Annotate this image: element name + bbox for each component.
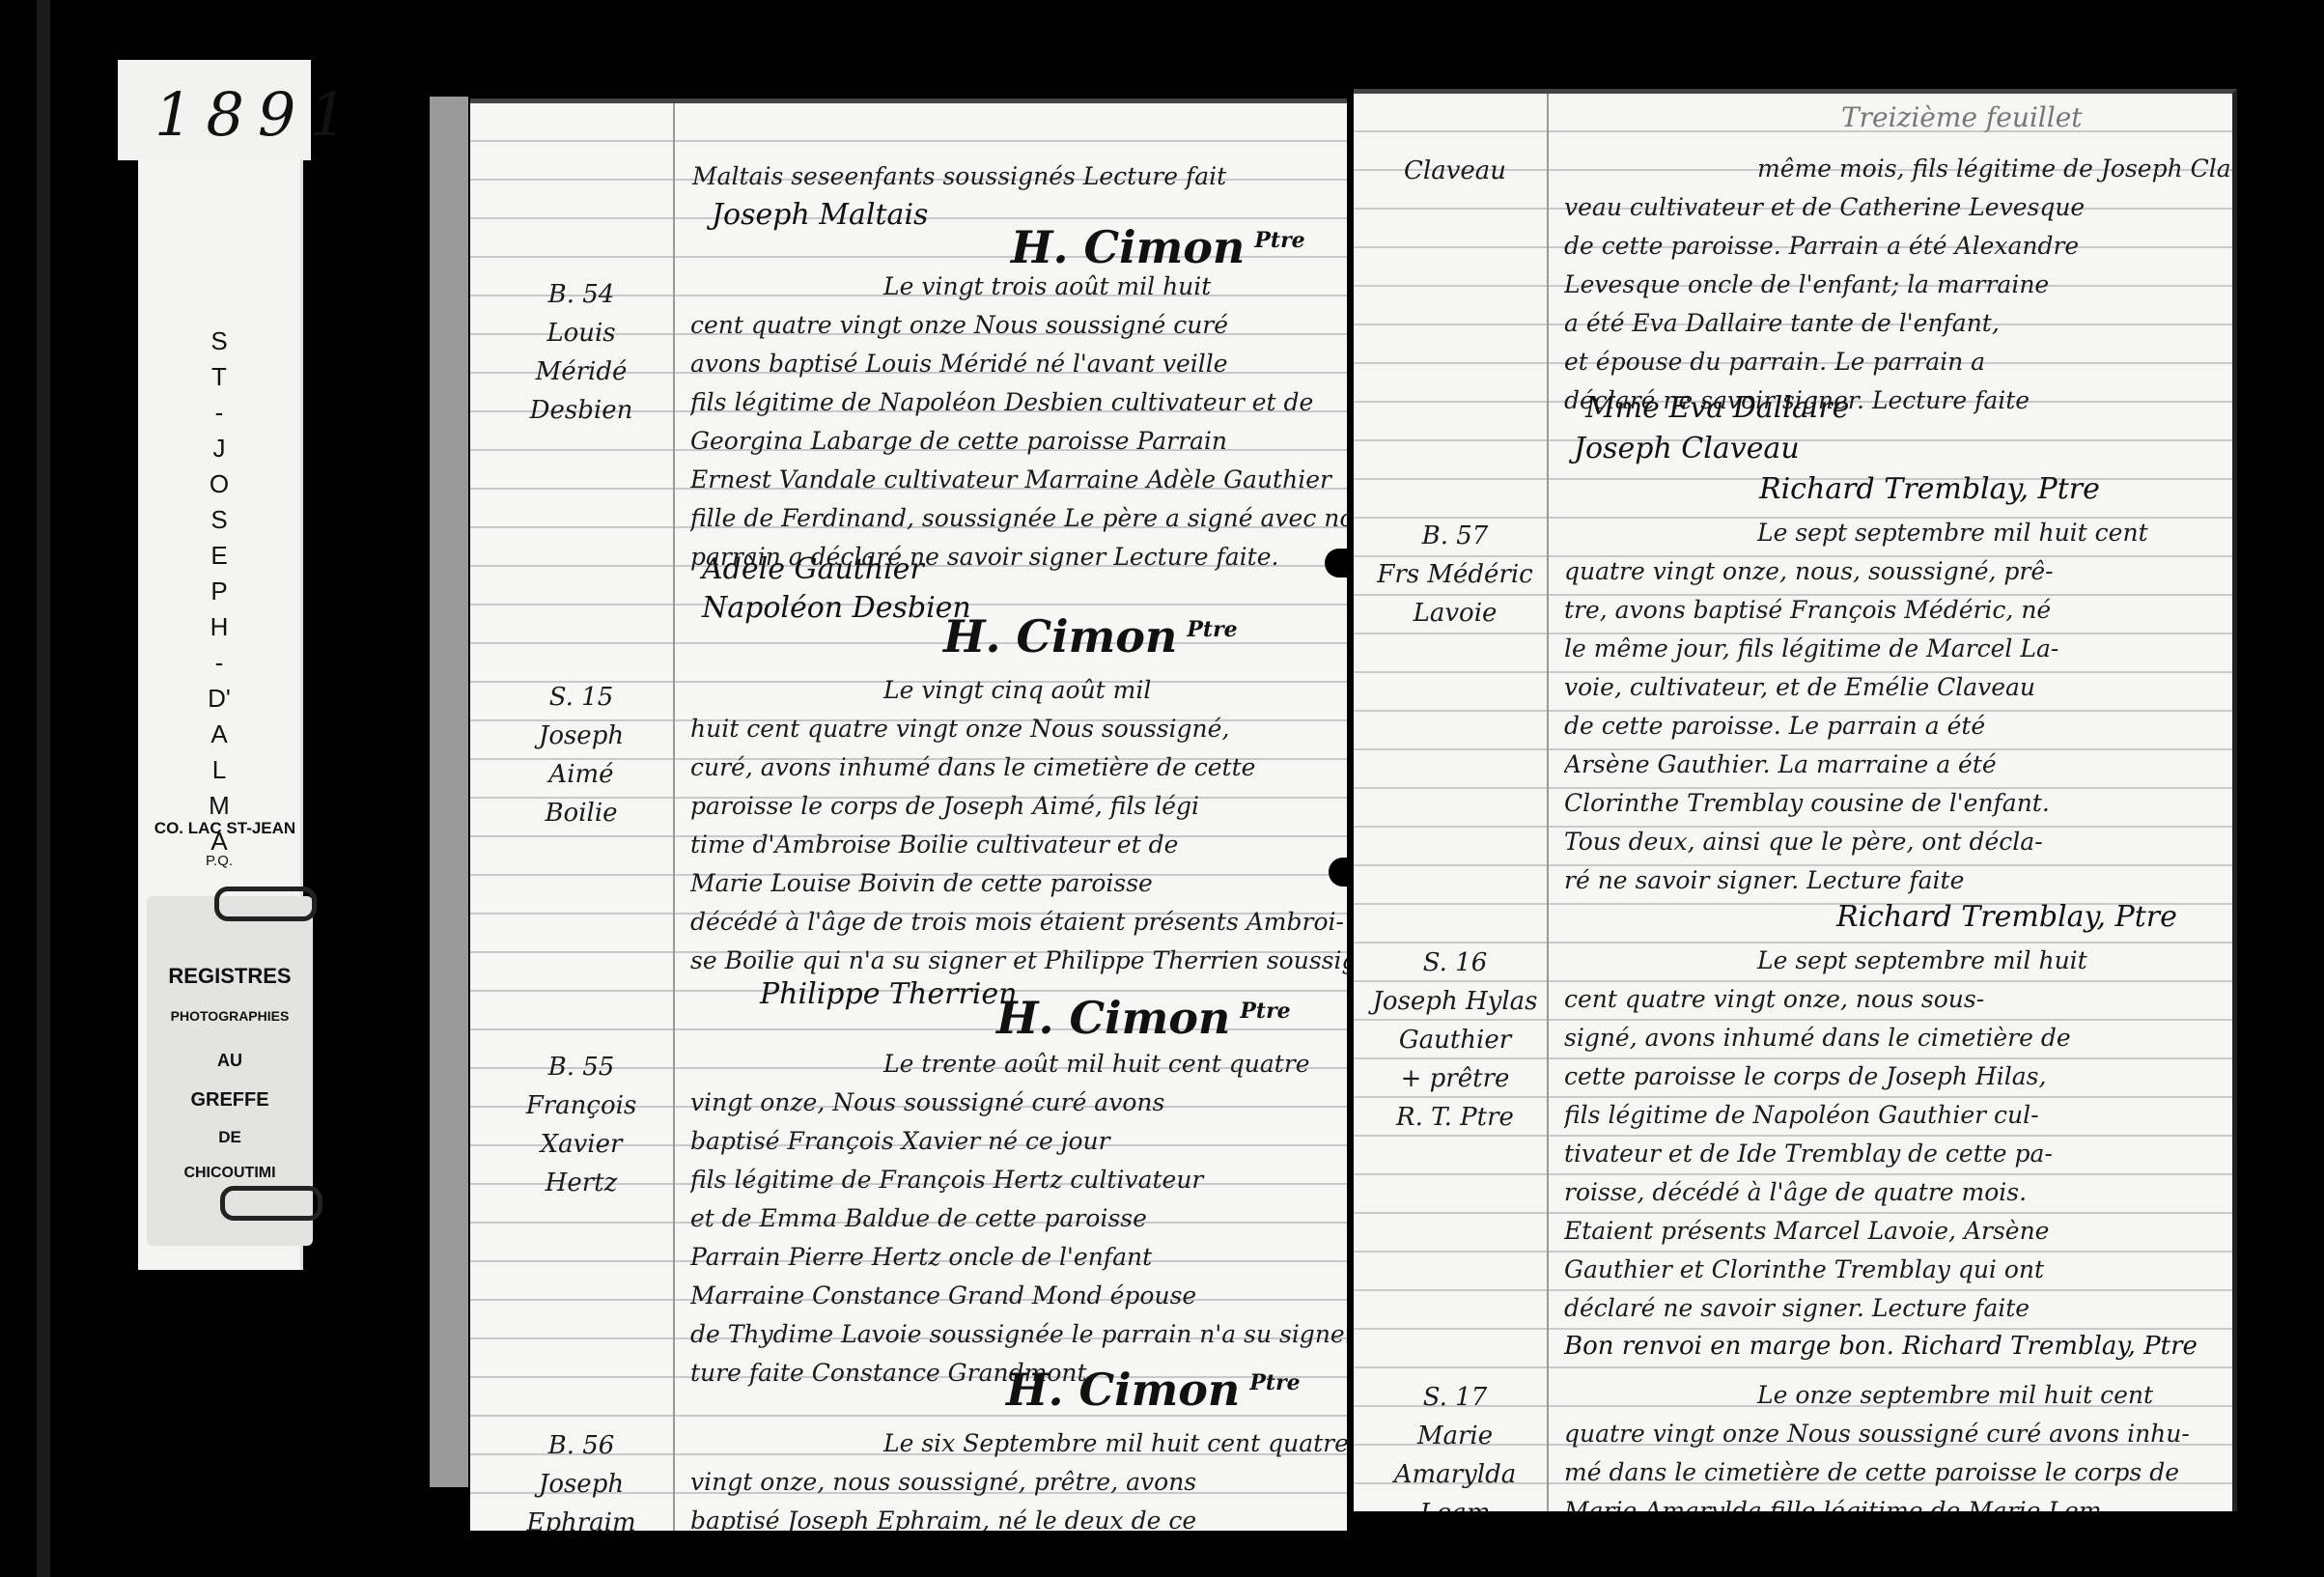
- film-edge: [37, 0, 50, 1577]
- margin-line-text: Gauthier: [1363, 1021, 1547, 1059]
- carryover-line: Maltais seseenfants soussignés Lecture f…: [692, 157, 1226, 196]
- parish-letter: S: [138, 324, 300, 359]
- parish-letter: -: [138, 645, 300, 681]
- text-line: et de Emma Baldue de cette paroisse: [690, 1199, 1349, 1238]
- text-line: signé, avons inhumé dans le cimetière de: [1564, 1019, 2087, 1057]
- card-line: GREFFE: [147, 1089, 313, 1112]
- signature: Napoléon Desbien: [702, 591, 971, 625]
- province-label: P.Q.: [138, 853, 300, 869]
- margin-line-text: B. 57: [1363, 517, 1547, 555]
- parish-letter: A: [138, 717, 300, 752]
- priest-signature: H. CimonPtre: [1006, 1364, 1301, 1416]
- margin-line-text: Frs Médéric: [1363, 555, 1547, 594]
- margin-line-text: Joseph: [509, 717, 654, 755]
- text-line: ré ne savoir signer. Lecture faite: [1564, 861, 2148, 900]
- margin-entry-b56: B. 56Joseph Ephraim: [490, 1426, 673, 1531]
- text-line: a été Eva Dallaire tante de l'enfant,: [1564, 304, 2237, 343]
- text-line: Clorinthe Tremblay cousine de l'enfant.: [1564, 784, 2148, 823]
- signature: Adèle Gauthier: [702, 552, 924, 586]
- margin-line-text: Aimé: [509, 755, 654, 794]
- priest-title: Ptre: [1254, 228, 1304, 253]
- text-line: mé dans le cimetière de cette paroisse l…: [1564, 1453, 2190, 1492]
- text-line: même mois, fils légitime de Joseph Cla-: [1564, 150, 2237, 188]
- entry-text-claveau: même mois, fils légitime de Joseph Cla-v…: [1564, 150, 2237, 420]
- text-line: roisse, décédé à l'âge de quatre mois.: [1564, 1173, 2087, 1212]
- text-line: Marie Amarylda fille légitime de Marie L…: [1564, 1492, 2190, 1511]
- text-line: fils légitime de François Hertz cultivat…: [690, 1161, 1349, 1199]
- margin-entry-s16: S. 16Joseph HylasGauthier+ prêtreR. T. P…: [1363, 943, 1547, 1137]
- text-line: se Boilie qui n'a su signer et Philippe …: [690, 942, 1349, 980]
- parish-letter: E: [138, 538, 300, 574]
- priest-name: H. Cimon: [996, 992, 1230, 1044]
- text-line: cent quatre vingt onze, nous sous-: [1564, 980, 2087, 1019]
- parish-letter: J: [138, 431, 300, 466]
- text-line: vingt onze, Nous soussigné curé avons: [690, 1084, 1349, 1122]
- priest-title: Ptre: [1187, 617, 1237, 642]
- margin-entry-s15: S. 15JosephAiméBoilie: [509, 678, 654, 832]
- right-page: Treizième feuillet Claveau même mois, fi…: [1354, 89, 2237, 1511]
- text-line: avons baptisé Louis Méridé né l'avant ve…: [690, 345, 1349, 383]
- text-line: fils légitime de Napoléon Gauthier cul-: [1564, 1096, 2087, 1135]
- margin-line-text: R. T. Ptre: [1363, 1098, 1547, 1137]
- paper-clip-icon: [220, 1186, 322, 1221]
- priest-signature: H. CimonPtre: [1011, 221, 1305, 273]
- priest-name: H. Cimon: [943, 610, 1177, 662]
- text-line: le même jour, fils légitime de Marcel La…: [1564, 630, 2148, 668]
- margin-rule: [673, 103, 675, 1531]
- margin-line-text: Desbien: [509, 391, 654, 430]
- entry-text-b57: Le sept septembre mil huit centquatre vi…: [1564, 514, 2148, 900]
- text-line: Le onze septembre mil huit cent: [1564, 1376, 2190, 1415]
- signature: Mme Eva Dallaire: [1585, 391, 1849, 425]
- text-line: déclaré ne savoir signer. Lecture faite: [1564, 1289, 2087, 1328]
- margin-line-text: Xavier: [509, 1125, 654, 1164]
- margin-line-text: Lavoie: [1363, 594, 1547, 633]
- text-line: Tous deux, ainsi que le père, ont décla-: [1564, 823, 2148, 861]
- card-line: REGISTRES: [147, 964, 313, 989]
- margin-line-text: Marie Amarylda: [1363, 1417, 1547, 1494]
- margin-line-text: Boilie: [509, 794, 654, 832]
- signature: Bon renvoi en marge bon. Richard Trembla…: [1564, 1332, 2198, 1361]
- text-line: baptisé François Xavier né ce jour: [690, 1122, 1349, 1161]
- text-line: Le vingt trois août mil huit: [690, 268, 1349, 306]
- text-line: fils légitime de Napoléon Desbien cultiv…: [690, 383, 1349, 422]
- card-line: CHICOUTIMI: [147, 1165, 313, 1182]
- margin-entry-b54: B. 54LouisMéridéDesbien: [509, 275, 654, 430]
- margin-line-text: François: [509, 1086, 654, 1125]
- text-line: Parrain Pierre Hertz oncle de l'enfant: [690, 1238, 1349, 1277]
- margin-line-text: Joseph Hylas: [1363, 982, 1547, 1021]
- text-line: vingt onze, nous soussigné, prêtre, avon…: [690, 1463, 1349, 1502]
- text-line: cent quatre vingt onze Nous soussigné cu…: [690, 306, 1349, 345]
- margin-entry-b55: B. 55FrançoisXavierHertz: [509, 1048, 654, 1202]
- parish-letter: O: [138, 466, 300, 502]
- text-line: Le sept septembre mil huit cent: [1564, 514, 2148, 552]
- text-line: de cette paroisse. Parrain a été Alexand…: [1564, 227, 2237, 266]
- text-line: Marie Louise Boivin de cette paroisse: [690, 864, 1349, 903]
- priest-signature: H. CimonPtre: [996, 992, 1291, 1044]
- text-line: huit cent quatre vingt onze Nous soussig…: [690, 710, 1349, 748]
- left-page: Maltais seseenfants soussignés Lecture f…: [470, 99, 1349, 1531]
- text-line: Gauthier et Clorinthe Tremblay qui ont: [1564, 1251, 2087, 1289]
- parish-name: ST-JOSEPH-D'ALMA: [138, 324, 300, 859]
- margin-line-text: S. 15: [509, 678, 654, 717]
- signature: Richard Tremblay, Ptre: [1836, 900, 2177, 934]
- text-line: Marraine Constance Grand Mond épouse: [690, 1277, 1349, 1315]
- parish-letter: H: [138, 609, 300, 645]
- margin-line-text: B. 55: [509, 1048, 654, 1086]
- card-line: PHOTOGRAPHIES: [147, 1008, 313, 1024]
- text-line: décédé à l'âge de trois mois étaient pré…: [690, 903, 1349, 942]
- text-line: paroisse le corps de Joseph Aimé, fils l…: [690, 787, 1349, 826]
- priest-name: H. Cimon: [1011, 221, 1245, 273]
- entry-text-s17: Le onze septembre mil huit centquatre vi…: [1564, 1376, 2190, 1511]
- priest-signature: H. CimonPtre: [943, 610, 1238, 662]
- paper-clip-icon: [214, 887, 317, 921]
- text-line: Etaient présents Marcel Lavoie, Arsène: [1564, 1212, 2087, 1251]
- text-line: voie, cultivateur, et de Emélie Claveau: [1564, 668, 2148, 707]
- parish-letter: P: [138, 574, 300, 609]
- margin-line-text: Leam: [1363, 1494, 1547, 1511]
- margin-line-text: Joseph Ephraim: [490, 1465, 673, 1531]
- parish-letter: S: [138, 502, 300, 538]
- signature: Joseph Maltais: [712, 198, 928, 232]
- margin-line-text: Méridé: [509, 352, 654, 391]
- margin-line-text: Hertz: [509, 1164, 654, 1202]
- parish-letter: D': [138, 681, 300, 717]
- text-line: Arsène Gauthier. La marraine a été: [1564, 746, 2148, 784]
- priest-title: Ptre: [1240, 999, 1290, 1024]
- text-line: time d'Ambroise Boilie cultivateur et de: [690, 826, 1349, 864]
- entry-text-b54: Le vingt trois août mil huitcent quatre …: [690, 268, 1349, 577]
- text-line: Le trente août mil huit cent quatre: [690, 1045, 1349, 1084]
- text-line: Georgina Labarge de cette paroisse Parra…: [690, 422, 1349, 461]
- signature: Philippe Therrien: [760, 977, 1017, 1011]
- text-line: cette paroisse le corps de Joseph Hilas,: [1564, 1057, 2087, 1096]
- text-line: quatre vingt onze, nous, soussigné, prê-: [1564, 552, 2148, 591]
- margin-line-text: + prêtre: [1363, 1059, 1547, 1098]
- margin-rule: [1547, 94, 1549, 1511]
- margin-line-text: Claveau: [1373, 152, 1537, 190]
- entry-text-b55: Le trente août mil huit cent quatrevingt…: [690, 1045, 1349, 1393]
- margin-line-text: S. 17: [1363, 1378, 1547, 1417]
- margin-entry-b57: B. 57Frs MédéricLavoie: [1363, 517, 1547, 633]
- margin-line-text: Louis: [509, 314, 654, 352]
- book-page-edges: [430, 97, 468, 1487]
- text-line: Levesque oncle de l'enfant; la marraine: [1564, 266, 2237, 304]
- text-line: Le six Septembre mil huit cent quatre: [690, 1424, 1349, 1463]
- card-line: DE: [147, 1128, 313, 1147]
- text-line: Ernest Vandale cultivateur Marraine Adèl…: [690, 461, 1349, 499]
- text-line: fille de Ferdinand, soussignée Le père a…: [690, 499, 1349, 538]
- priest-name: H. Cimon: [1006, 1364, 1240, 1416]
- text-line: tivateur et de Ide Tremblay de cette pa-: [1564, 1135, 2087, 1173]
- text-line: quatre vingt onze Nous soussigné curé av…: [1564, 1415, 2190, 1453]
- margin-entry-s17: S. 17Marie AmaryldaLeam: [1363, 1378, 1547, 1511]
- parish-letter: T: [138, 359, 300, 395]
- text-line: de cette paroisse. Le parrain a été: [1564, 707, 2148, 746]
- margin-entry-claveau: Claveau: [1373, 152, 1537, 190]
- text-line: et épouse du parrain. Le parrain a: [1564, 343, 2237, 381]
- signature: Joseph Claveau: [1574, 432, 1800, 465]
- parish-letter: -: [138, 395, 300, 431]
- priest-title: Ptre: [1249, 1370, 1300, 1395]
- text-line: baptisé Joseph Ephraim, né le deux de ce: [690, 1502, 1349, 1531]
- entry-text-b56: Le six Septembre mil huit cent quatrevin…: [690, 1424, 1349, 1531]
- signature: Richard Tremblay, Ptre: [1759, 472, 2100, 506]
- text-line: tre, avons baptisé François Médéric, né: [1564, 591, 2148, 630]
- margin-line-text: B. 54: [509, 275, 654, 314]
- text-line: Le vingt cinq août mil: [690, 671, 1349, 710]
- margin-line-text: B. 56: [490, 1426, 673, 1465]
- margin-line-text: S. 16: [1363, 943, 1547, 982]
- card-line: AU: [147, 1051, 313, 1071]
- year-tab: 1891: [118, 60, 311, 160]
- entry-text-s16: Le sept septembre mil huitcent quatre vi…: [1564, 942, 2087, 1328]
- folio-header: Treizième feuillet: [1841, 101, 2083, 133]
- text-line: veau cultivateur et de Catherine Levesqu…: [1564, 188, 2237, 227]
- text-line: curé, avons inhumé dans le cimetière de …: [690, 748, 1349, 787]
- text-line: Le sept septembre mil huit: [1564, 942, 2087, 980]
- year-label: 1891: [154, 79, 361, 150]
- county-label: CO. LAC ST-JEAN: [138, 819, 312, 838]
- parish-letter: L: [138, 752, 300, 788]
- entry-text-s15: Le vingt cinq août milhuit cent quatre v…: [690, 671, 1349, 980]
- text-line: de Thydime Lavoie soussignée le parrain …: [690, 1315, 1349, 1354]
